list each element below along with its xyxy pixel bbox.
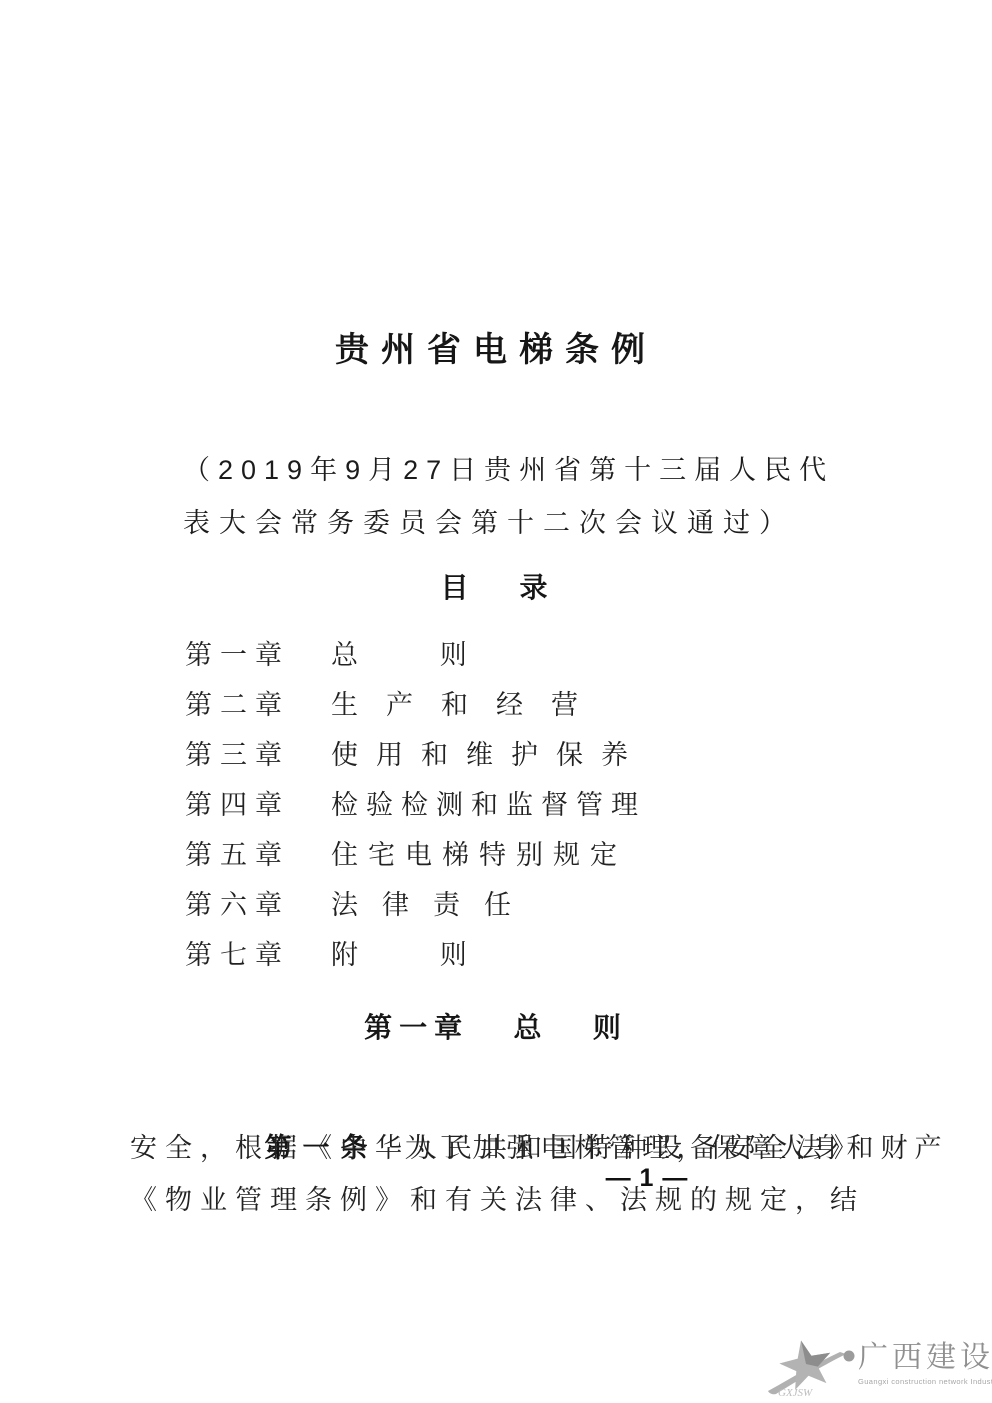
article-line: 安全，根据《中华人民共和国特种设备安全法》	[130, 1122, 870, 1174]
document-title: 贵州省电梯条例	[0, 322, 992, 371]
toc-chapter-title: 检验检测和监督管理	[331, 780, 646, 830]
toc-chapter-number: 第四章	[185, 780, 303, 830]
toc-row: 第一章 总 则	[185, 630, 885, 680]
watermark-tagline: Guangxi construction network Industry Ed…	[858, 1377, 992, 1386]
article-1-paragraph: 第一条为了加强电梯管理，保障人身和财产 安全，根据《中华人民共和国特种设备安全法…	[130, 1070, 870, 1226]
logo-script-text: GXJSW	[778, 1387, 813, 1399]
toc-chapter-number: 第五章	[185, 830, 303, 880]
toc-row: 第七章 附 则	[185, 930, 885, 980]
table-of-contents: 第一章 总 则 第二章 生产和经营 第三章 使用和维护保养 第四章 检验检测和监…	[185, 630, 885, 980]
toc-row: 第六章 法律责任	[185, 880, 885, 930]
toc-chapter-number: 第三章	[185, 730, 303, 780]
toc-heading: 目 录	[0, 566, 992, 606]
toc-chapter-title: 生产和经营	[331, 680, 606, 730]
toc-row: 第三章 使用和维护保养	[185, 730, 885, 780]
toc-row: 第二章 生产和经营	[185, 680, 885, 730]
article-line: 《物业管理条例》和有关法律、法规的规定，结	[130, 1174, 870, 1226]
toc-chapter-title: 附 则	[331, 930, 475, 980]
document-page: 贵州省电梯条例 （2019年9月27日贵州省第十三届人民代 表大会常务委员会第十…	[0, 0, 992, 1403]
watermark-site-name: 广西建设网	[858, 1342, 992, 1374]
toc-chapter-title: 住宅电梯特别规定	[331, 830, 627, 880]
toc-chapter-number: 第六章	[185, 880, 303, 930]
toc-chapter-number: 第二章	[185, 680, 303, 730]
article-line: 第一条为了加强电梯管理，保障人身和财产	[130, 1070, 870, 1122]
toc-chapter-title: 总 则	[331, 630, 475, 680]
star-logo-icon: GXJSW	[762, 1334, 858, 1400]
page-number: — 1 —	[602, 1164, 692, 1193]
chapter-1-heading: 第一章 总 则	[0, 1006, 992, 1046]
watermark-text: 广西建设网 Guangxi construction network Indus…	[858, 1334, 992, 1386]
toc-row: 第五章 住宅电梯特别规定	[185, 830, 885, 880]
enactment-line-2: 表大会常务委员会第十二次会议通过）	[183, 497, 883, 550]
toc-chapter-number: 第七章	[185, 930, 303, 980]
toc-chapter-number: 第一章	[185, 630, 303, 680]
toc-chapter-title: 法律责任	[331, 880, 535, 930]
enactment-note: （2019年9月27日贵州省第十三届人民代 表大会常务委员会第十二次会议通过）	[183, 444, 883, 550]
toc-chapter-title: 使用和维护保养	[331, 730, 646, 780]
watermark: GXJSW 广西建设网 Guangxi construction network…	[762, 1334, 988, 1400]
toc-row: 第四章 检验检测和监督管理	[185, 780, 885, 830]
enactment-line-1: （2019年9月27日贵州省第十三届人民代	[183, 444, 883, 497]
